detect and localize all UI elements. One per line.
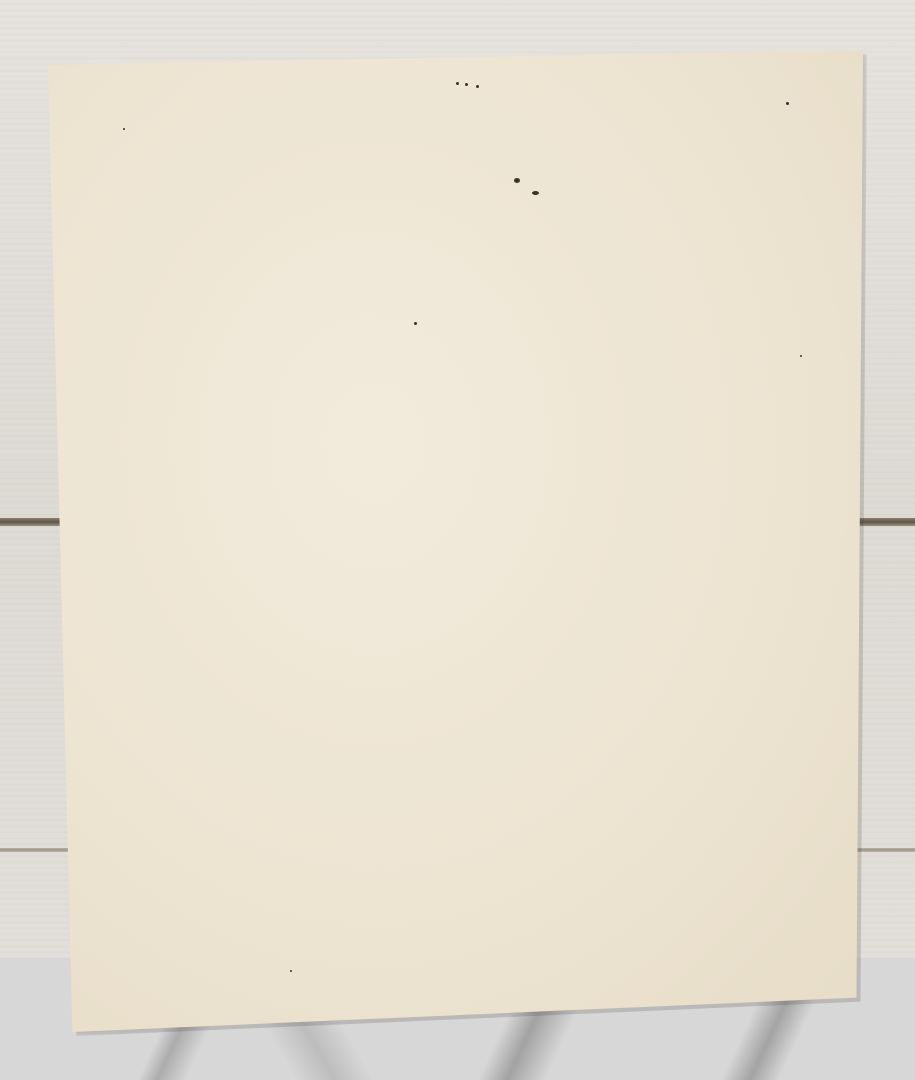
paper-speck — [800, 355, 802, 357]
paper-speck — [786, 102, 789, 105]
paper-speck — [465, 83, 468, 86]
paper-speck — [532, 191, 539, 195]
paper-speck — [290, 970, 292, 972]
paper-speck — [414, 322, 417, 325]
paper-speck — [456, 82, 459, 85]
paper-speck — [476, 85, 479, 88]
paper-speck — [123, 128, 125, 130]
blank-paper-sheet — [48, 50, 863, 1032]
paper-speck — [514, 178, 520, 183]
